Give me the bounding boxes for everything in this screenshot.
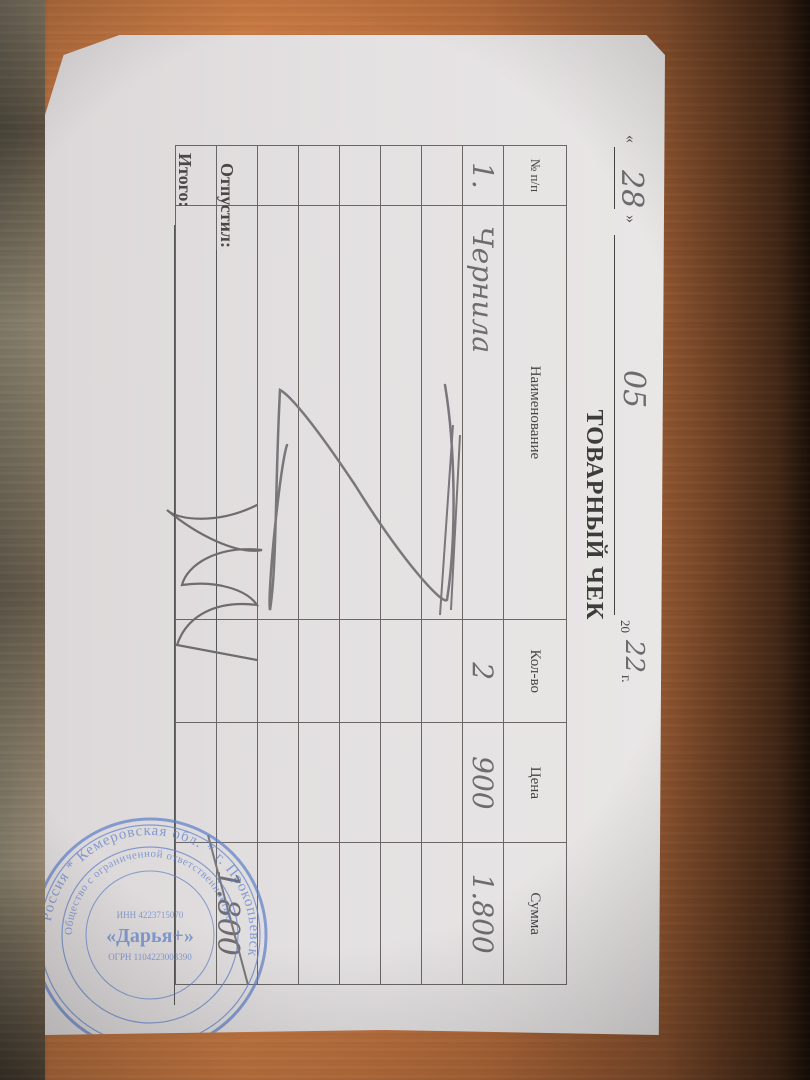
empty-cell — [381, 619, 422, 723]
date-close-quote: » — [621, 215, 639, 223]
header-name: Наименование — [504, 205, 567, 619]
empty-cell — [217, 205, 258, 619]
row-price: 900 — [463, 723, 504, 843]
empty-cell — [299, 723, 340, 843]
date-year-suffix: г. — [617, 675, 633, 683]
empty-cell — [422, 843, 463, 985]
blurred-object-left — [0, 0, 45, 1080]
empty-cell — [176, 619, 217, 723]
receipt-title: ТОВАРНЫЙ ЧЕК — [580, 365, 607, 665]
empty-cell — [381, 843, 422, 985]
table-row-empty — [340, 146, 381, 985]
header-quantity: Кол-во — [504, 619, 567, 723]
empty-cell — [299, 205, 340, 619]
table-row: 1.Чернила29001.800 — [463, 146, 504, 985]
row-quantity: 2 — [463, 619, 504, 723]
date-year: 22 — [619, 640, 649, 673]
stamp-inner-text: Общество с ограниченной ответственностью — [63, 848, 236, 935]
empty-cell — [422, 205, 463, 619]
empty-cell — [381, 205, 422, 619]
empty-cell — [422, 146, 463, 206]
row-name: Чернила — [463, 205, 504, 619]
row-number: 1. — [463, 146, 504, 206]
empty-cell — [299, 843, 340, 985]
total-label: Итого: — [174, 153, 195, 207]
empty-cell — [422, 619, 463, 723]
date-open-quote: « — [621, 135, 639, 143]
table-row-empty — [381, 146, 422, 985]
header-price: Цена — [504, 723, 567, 843]
company-stamp: * Россия * Кемеровская обл. * г. Прокопь… — [30, 815, 270, 1055]
stamp-company-name: «Дарья+» — [106, 925, 194, 947]
empty-cell — [299, 619, 340, 723]
row-sum: 1.800 — [463, 843, 504, 985]
empty-cell — [258, 205, 299, 619]
month-underline — [614, 235, 615, 615]
empty-cell — [381, 146, 422, 206]
empty-cell — [340, 723, 381, 843]
sales-receipt: « 28 » 05 20 22 г. ТОВАРНЫЙ ЧЕК № п/п На… — [45, 35, 665, 1035]
empty-cell — [340, 146, 381, 206]
empty-cell — [340, 205, 381, 619]
empty-cell — [258, 619, 299, 723]
date-month: 05 — [616, 370, 651, 408]
stamp-inn: ИНН 4223715070 — [117, 910, 184, 920]
table-row-empty — [299, 146, 340, 985]
empty-cell — [176, 205, 217, 619]
empty-cell — [340, 843, 381, 985]
released-by-line — [216, 250, 217, 650]
table-header-row: № п/п Наименование Кол-во Цена Сумма — [504, 146, 567, 985]
empty-cell — [299, 146, 340, 206]
date-day: 28 — [614, 170, 649, 208]
empty-cell — [258, 146, 299, 206]
empty-cell — [340, 619, 381, 723]
stamp-ogrn: ОГРН 1104223003390 — [108, 952, 192, 962]
released-by-label: Отпустил: — [216, 163, 237, 248]
table-row-empty — [422, 146, 463, 985]
svg-text:Общество с ограниченной ответс: Общество с ограниченной ответственностью — [63, 848, 236, 935]
header-sum: Сумма — [504, 843, 567, 985]
day-underline — [614, 147, 615, 209]
date-year-prefix: 20 — [617, 620, 633, 633]
header-number: № п/п — [504, 146, 567, 206]
empty-cell — [422, 723, 463, 843]
empty-cell — [381, 723, 422, 843]
empty-cell — [217, 619, 258, 723]
